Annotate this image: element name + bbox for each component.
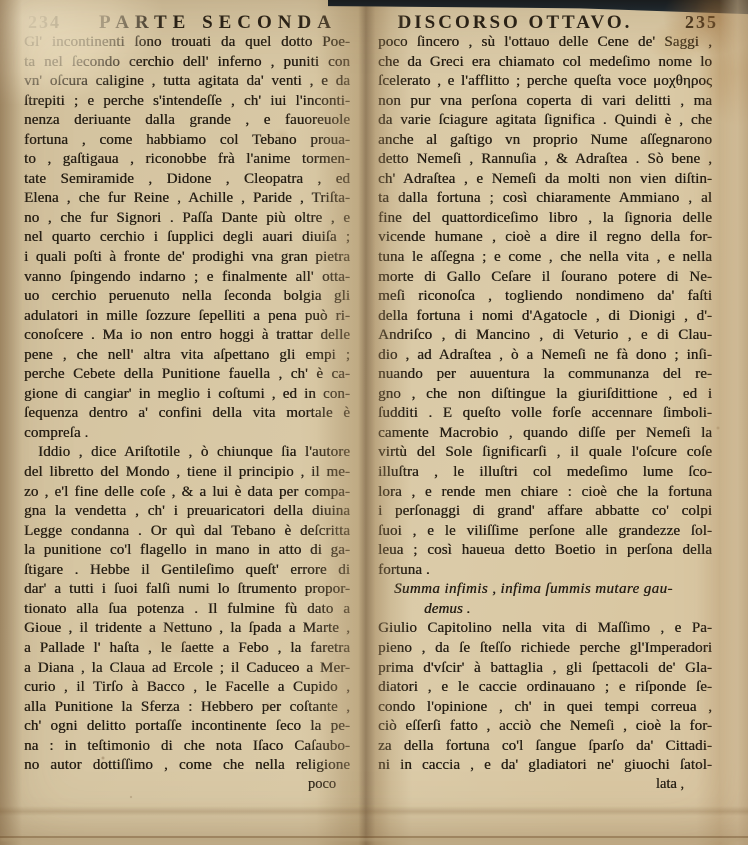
text-line: Elena , che fur Reine , Achille , Paride… (24, 189, 350, 209)
text-line: vicende humane , cioè a dire il regno de… (378, 228, 712, 248)
text-line: a Pallade l' haſta , le ſaette a Febo , … (24, 639, 350, 659)
text-line: nenza deriuante dalla grande , e fauoreu… (24, 111, 350, 131)
text-line: la punitione co'l flagello in mano in at… (24, 541, 350, 561)
text-line: ta nel ſecondo cerchio dell' inferno , p… (24, 53, 350, 73)
text-line: curio , il Tirſo à Bacco , le Facelle a … (24, 678, 350, 698)
text-line: tate Semiramide , Didone , Cleopatra , e… (24, 170, 350, 190)
text-block-right: poco ſincero , sù l'ottauo delle Cene de… (378, 33, 712, 776)
text-line: Andriſco , di Mancino , di Veturio , e d… (378, 326, 712, 346)
text-line: ſequenza dentro a' confini della vita mo… (24, 404, 350, 424)
text-line: zo , e'l fine delle coſe , & a lui è dat… (24, 483, 350, 503)
text-line: della fortuna i nomi d'Agatocle , di Dio… (378, 307, 712, 327)
text-line: dio , ad Adraſtea , ò a Nemeſi ne fà don… (378, 346, 712, 366)
text-line: ſtrepiti ; e perche s'intendeſſe , ch' i… (24, 92, 350, 112)
text-line: non pur vna perſona coperta di vari deli… (378, 92, 712, 112)
running-title-right: DISCORSO OTTAVO. (376, 12, 654, 34)
text-line: Gioue , il tridente a Nettuno , la ſpada… (24, 619, 350, 639)
text-line: prima d'vſcir' à battaglia , gli ſpettac… (378, 659, 712, 679)
text-line: anche al gaſtigo vn proprio Nume aſſegna… (378, 131, 712, 151)
text-line: meſi riconoſca , togliendo nondimeno da'… (378, 287, 712, 307)
text-line: ni in caccia , e da' gladiatori ne' giuo… (378, 756, 712, 776)
text-line: da varie ſciagure agitata ſignifica . Qu… (378, 111, 712, 131)
text-line: i quali poſti à fronte de' prodighi vna … (24, 248, 350, 268)
text-line: Summa infimis , infima ſummis mutare gau… (378, 580, 712, 600)
text-line: leua ; così haueua detto Boetio in perſo… (378, 541, 712, 561)
text-line: pene , che nell' altra vita aſpettano gl… (24, 346, 350, 366)
text-line: compreſa . (24, 424, 350, 444)
text-line: perche Cebete della Punitione fauella , … (24, 365, 350, 385)
text-line: del libretto del Mondo , tiene il princi… (24, 463, 350, 483)
text-line: dar' a tutti i ſuoi falſi numi lo ſtrume… (24, 580, 350, 600)
page-right-header: DISCORSO OTTAVO. 235 (376, 12, 718, 34)
book-scan: 234 PARTE SECONDA Gl' incontinenti ſono … (0, 0, 748, 845)
text-line: tionato alla ſua potenza . Il fulmine fù… (24, 600, 350, 620)
text-line: alla Punitione la Sferza : Hebbero per c… (24, 698, 350, 718)
page-left: 234 PARTE SECONDA Gl' incontinenti ſono … (0, 0, 360, 845)
text-line: nuando per auuentura la communanza del r… (378, 365, 712, 385)
running-title-left: PARTE SECONDA (86, 12, 350, 34)
catchword-right: lata , (378, 776, 712, 793)
page-number-left: 234 (28, 12, 86, 33)
text-line: poco ſincero , sù l'ottauo delle Cene de… (378, 33, 712, 53)
text-line: diatori , e le caccie ordinauano ; e riſ… (378, 678, 712, 698)
text-line: vanno ſpingendo indarno ; e finalmente a… (24, 268, 350, 288)
text-line: to , gaſtigaua , riconobbe frà l'anime t… (24, 150, 350, 170)
text-line: nel quarto cerchio i ſupplici degli auar… (24, 228, 350, 248)
text-line: ta dalla fortuna ; così chiaramente Ammi… (378, 189, 712, 209)
text-line: tuna le aſſegna ; e come , che nella vit… (378, 248, 712, 268)
text-line: illuſtra , le illuſtri col medeſimo lume… (378, 463, 712, 483)
text-line: vn' oſcura caligine , tutta agitata da' … (24, 72, 350, 92)
text-line: ch' Adraſtea , e Nemeſi da molti non vie… (378, 170, 712, 190)
text-line: no , che fur Signori . Paſſa Dante più o… (24, 209, 350, 229)
text-line: camente Macrobio , quando diſſe per Neme… (378, 424, 712, 444)
text-line: a Diana , la Claua ad Ercole ; il Caduce… (24, 659, 350, 679)
text-line: fortuna . (378, 561, 712, 581)
text-line: ſuoi , e le viliſſime perſone alle grand… (378, 522, 712, 542)
text-line: za della fortuna co'l ſangue ſparſo da' … (378, 737, 712, 757)
text-line: pieno , da ſe ſteſſo richiede perche gl'… (378, 639, 712, 659)
text-line: gno , che non diſtingue la giuriſdittion… (378, 385, 712, 405)
text-line: gione di cangiar' in meglio i coſtumi , … (24, 385, 350, 405)
text-line: conoſcere . Ma io non entro hoggi à trat… (24, 326, 350, 346)
text-line: detto Nemeſi , Rannuſia , & Adraſtea . S… (378, 150, 712, 170)
text-line: i perſonaggi di grand' affare abbatte co… (378, 502, 712, 522)
text-line: Giulio Capitolino nella vita di Maſſimo … (378, 619, 712, 639)
text-line: Iddio , dice Ariſtotile , ò chiunque ſia… (24, 443, 350, 463)
text-line: Legge condanna . Or quì dal Tebano è deſ… (24, 522, 350, 542)
text-line: na : in teſtimonio di che nota Iſaco Caſ… (24, 737, 350, 757)
text-line: demus . (378, 600, 712, 620)
page-left-header: 234 PARTE SECONDA (28, 12, 350, 34)
text-line: gna la vendetta , ch' i preuaricatori de… (24, 502, 350, 522)
text-line: uo cerchio peruenuto nella ſeconda bolgi… (24, 287, 350, 307)
text-block-left: Gl' incontinenti ſono trouati da quel do… (24, 33, 350, 776)
page-right: DISCORSO OTTAVO. 235 poco ſincero , sù l… (360, 0, 748, 845)
text-line: ſtigare . Hebbe il Gentileſimo queſt' er… (24, 561, 350, 581)
text-line: virtù del Sole ſignificarſi , il quale l… (378, 443, 712, 463)
text-line: ch' ogni delitto portaſſe incontinente ſ… (24, 717, 350, 737)
page-number-right: 235 (654, 12, 718, 33)
catchword-left: poco (24, 776, 350, 793)
text-line: no autor dottiſſimo , come che nella rel… (24, 756, 350, 776)
text-line: Gl' incontinenti ſono trouati da quel do… (24, 33, 350, 53)
text-line: morte di Gallo Ceſare il ſourano potere … (378, 268, 712, 288)
text-line: ſudditi . E queſto volle forſe accennare… (378, 404, 712, 424)
text-line: adulatori in mille ſozzure ſepelliti a p… (24, 307, 350, 327)
text-line: ſcelerato , e l'afflitto ; perche queſta… (378, 72, 712, 92)
text-line: fortuna , come habbiamo col Tebano proua… (24, 131, 350, 151)
text-line: ciò eſſerſi fatto , acciò che Nemeſi , c… (378, 717, 712, 737)
text-line: che da Greci era chiamato col medeſimo n… (378, 53, 712, 73)
text-line: condo l'opinione , ch' in quei tempi cor… (378, 698, 712, 718)
text-line: fine del quattordiceſimo libro , la ſign… (378, 209, 712, 229)
text-line: lora , e rende men chiare : cioè che la … (378, 483, 712, 503)
